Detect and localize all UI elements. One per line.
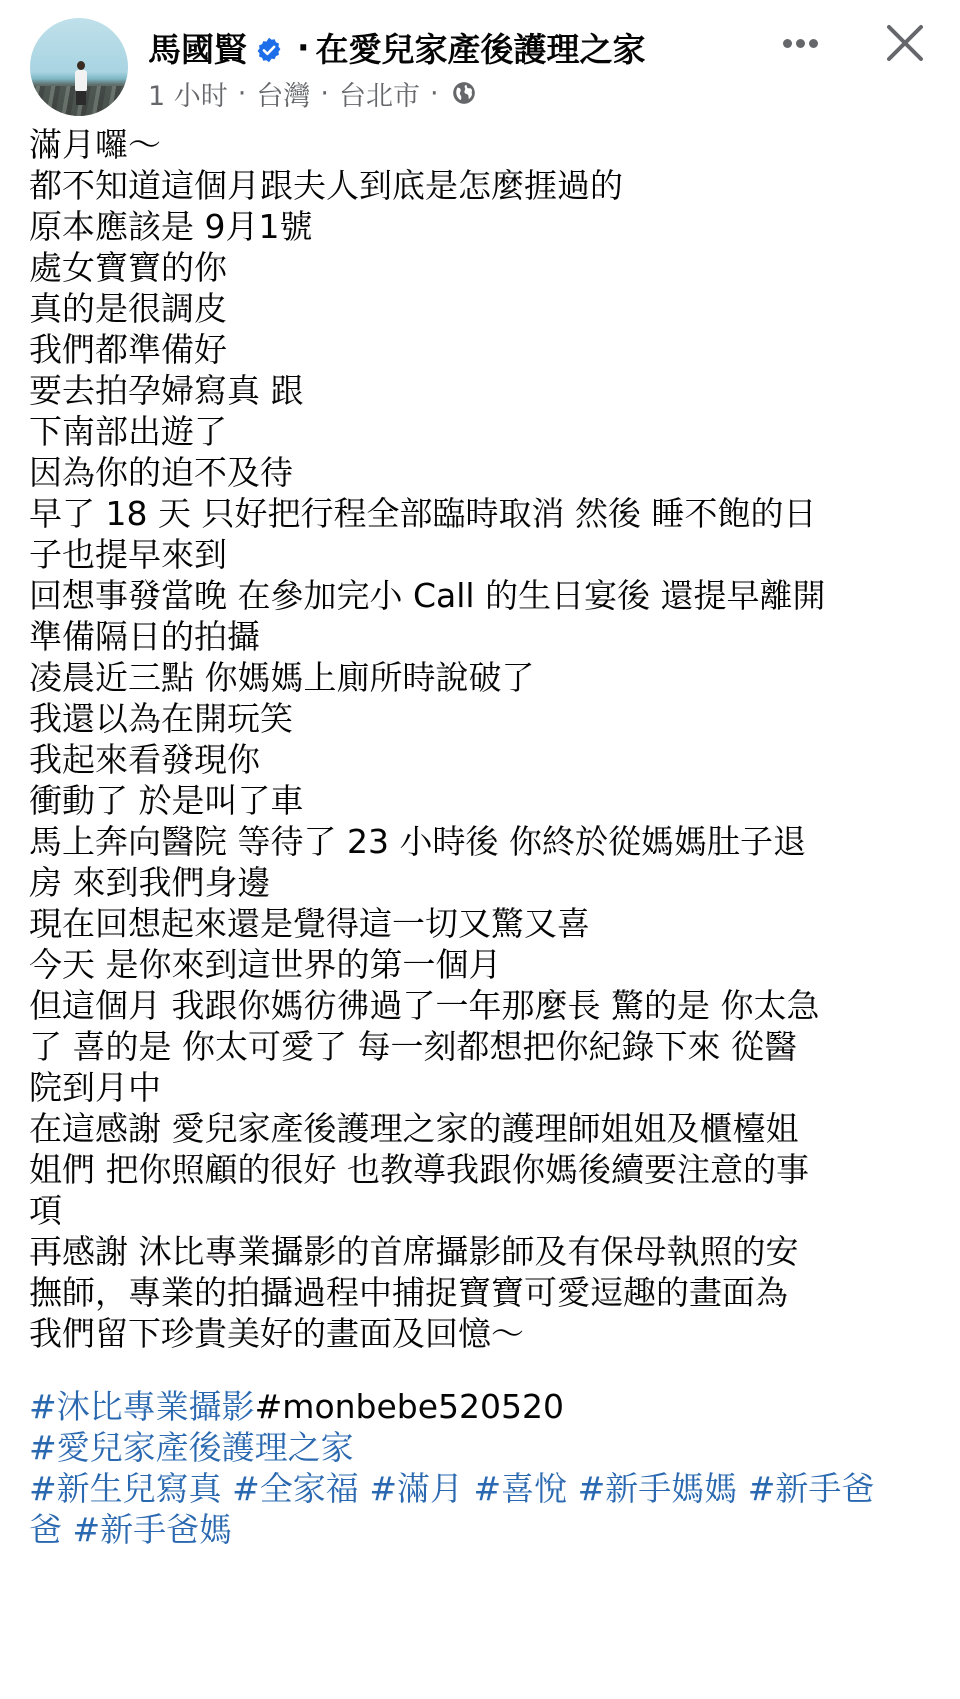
hashtag-link[interactable]: #全家福 <box>232 1469 359 1508</box>
more-horizontal-icon-dot <box>809 39 818 48</box>
post-line: 下南部出遊了 <box>29 411 939 452</box>
meta-country: 台灣 <box>256 74 310 113</box>
post-line: 今天 是你來到這世界的第一個月 <box>29 944 939 985</box>
post-header: 馬國賢 · 在 愛兒家產後護理之家 1 小时 · 台灣 · 台北市 · <box>0 0 960 125</box>
avatar[interactable] <box>30 18 128 116</box>
hashtag-link[interactable]: #新生兒寫真 <box>29 1469 222 1508</box>
post-line: 要去拍孕婦寫真 跟 <box>29 370 939 411</box>
post-line: 處女寶寶的你 <box>29 247 939 288</box>
meta-dot: · <box>238 78 247 109</box>
hashtag-line: #愛兒家產後護理之家 <box>29 1427 939 1468</box>
avatar-figure-legs <box>76 91 86 105</box>
hashtag-line: #沐比專業攝影#monbebe520520 <box>29 1386 939 1427</box>
post-line: 都不知道這個月跟夫人到底是怎麼捱過的 <box>29 165 939 206</box>
verified-badge-icon <box>255 33 283 61</box>
hashtag-line: 爸 #新手爸媽 <box>29 1509 939 1550</box>
post-line: 我們留下珍貴美好的畫面及回憶～ <box>29 1313 939 1354</box>
meta-dot: · <box>320 78 329 109</box>
post-line: 子也提早來到 <box>29 534 939 575</box>
avatar-figure-head <box>77 61 85 70</box>
post-line: 真的是很調皮 <box>29 288 939 329</box>
hashtag-link[interactable]: #滿月 <box>369 1469 463 1508</box>
hashtag-link[interactable]: 爸 <box>29 1510 62 1549</box>
hashtag-link[interactable]: #新手爸 <box>748 1469 875 1508</box>
post-line: 衝動了 於是叫了車 <box>29 780 939 821</box>
hashtag-link[interactable]: #新手爸媽 <box>73 1510 233 1549</box>
close-icon <box>880 18 930 68</box>
hashtag-link[interactable]: #沐比專業攝影 <box>29 1387 255 1426</box>
globe-icon[interactable] <box>451 80 477 106</box>
post-line: 滿月囉～ <box>29 124 939 165</box>
post-line: 凌晨近三點 你媽媽上廁所時說破了 <box>29 657 939 698</box>
hashtag-link[interactable]: #愛兒家產後護理之家 <box>29 1428 354 1467</box>
post-body: 滿月囉～ 都不知道這個月跟夫人到底是怎麼捱過的 原本應該是 9月1號 處女寶寶的… <box>29 124 939 1354</box>
post-line: 我起來看發現你 <box>29 739 939 780</box>
post-line: 我還以為在開玩笑 <box>29 698 939 739</box>
post-line: 準備隔日的拍攝 <box>29 616 939 657</box>
location-link[interactable]: 愛兒家產後護理之家 <box>349 24 646 71</box>
post-line: 姐們 把你照顧的很好 也教導我跟你媽後續要注意的事 <box>29 1149 939 1190</box>
post-line: 原本應該是 9月1號 <box>29 206 939 247</box>
more-options-button[interactable] <box>770 25 830 61</box>
post-line: 再感謝 沐比專業攝影的首席攝影師及有保母執照的安 <box>29 1231 939 1272</box>
post-line: 院到月中 <box>29 1067 939 1108</box>
hashtag-link[interactable]: #喜悅 <box>473 1469 567 1508</box>
post-line: 項 <box>29 1190 939 1231</box>
post-line: 現在回想起來還是覺得這一切又驚又喜 <box>29 903 939 944</box>
post-line: 因為你的迫不及待 <box>29 452 939 493</box>
author-separator: · <box>297 28 310 67</box>
post-line: 房 來到我們身邊 <box>29 862 939 903</box>
meta-dot: · <box>430 78 439 109</box>
more-horizontal-icon-dot <box>783 39 792 48</box>
hashtag-block: #沐比專業攝影#monbebe520520 #愛兒家產後護理之家 #新生兒寫真 … <box>29 1386 939 1550</box>
location-prefix: 在 <box>316 24 349 71</box>
close-button[interactable] <box>880 18 930 68</box>
post-timestamp[interactable]: 1 小时 <box>148 74 228 113</box>
hashtag-line: #新生兒寫真 #全家福 #滿月 #喜悅 #新手媽媽 #新手爸 <box>29 1468 939 1509</box>
hashtag-link[interactable]: #新手媽媽 <box>578 1469 738 1508</box>
post-line: 撫師，專業的拍攝過程中捕捉寶寶可愛逗趣的畫面為 <box>29 1272 939 1313</box>
post-line: 但這個月 我跟你媽彷彿過了一年那麼長 驚的是 你太急 <box>29 985 939 1026</box>
post-line: 早了 18 天 只好把行程全部臨時取消 然後 睡不飽的日 <box>29 493 939 534</box>
more-horizontal-icon-dot <box>796 39 805 48</box>
post-line: 在這感謝 愛兒家產後護理之家的護理師姐姐及櫃檯姐 <box>29 1108 939 1149</box>
post-line: 馬上奔向醫院 等待了 23 小時後 你終於從媽媽肚子退 <box>29 821 939 862</box>
hashtag-plain[interactable]: #monbebe520520 <box>255 1387 564 1426</box>
post-meta: 1 小时 · 台灣 · 台北市 · <box>148 74 477 112</box>
author-line: 馬國賢 · 在 愛兒家產後護理之家 <box>148 22 646 72</box>
meta-city: 台北市 <box>339 74 420 113</box>
avatar-figure-body <box>75 70 87 92</box>
author-name[interactable]: 馬國賢 <box>148 24 247 71</box>
post-line: 我們都準備好 <box>29 329 939 370</box>
post-line: 了 喜的是 你太可愛了 每一刻都想把你紀錄下來 從醫 <box>29 1026 939 1067</box>
post-line: 回想事發當晚 在參加完小 Call 的生日宴後 還提早離開 <box>29 575 939 616</box>
